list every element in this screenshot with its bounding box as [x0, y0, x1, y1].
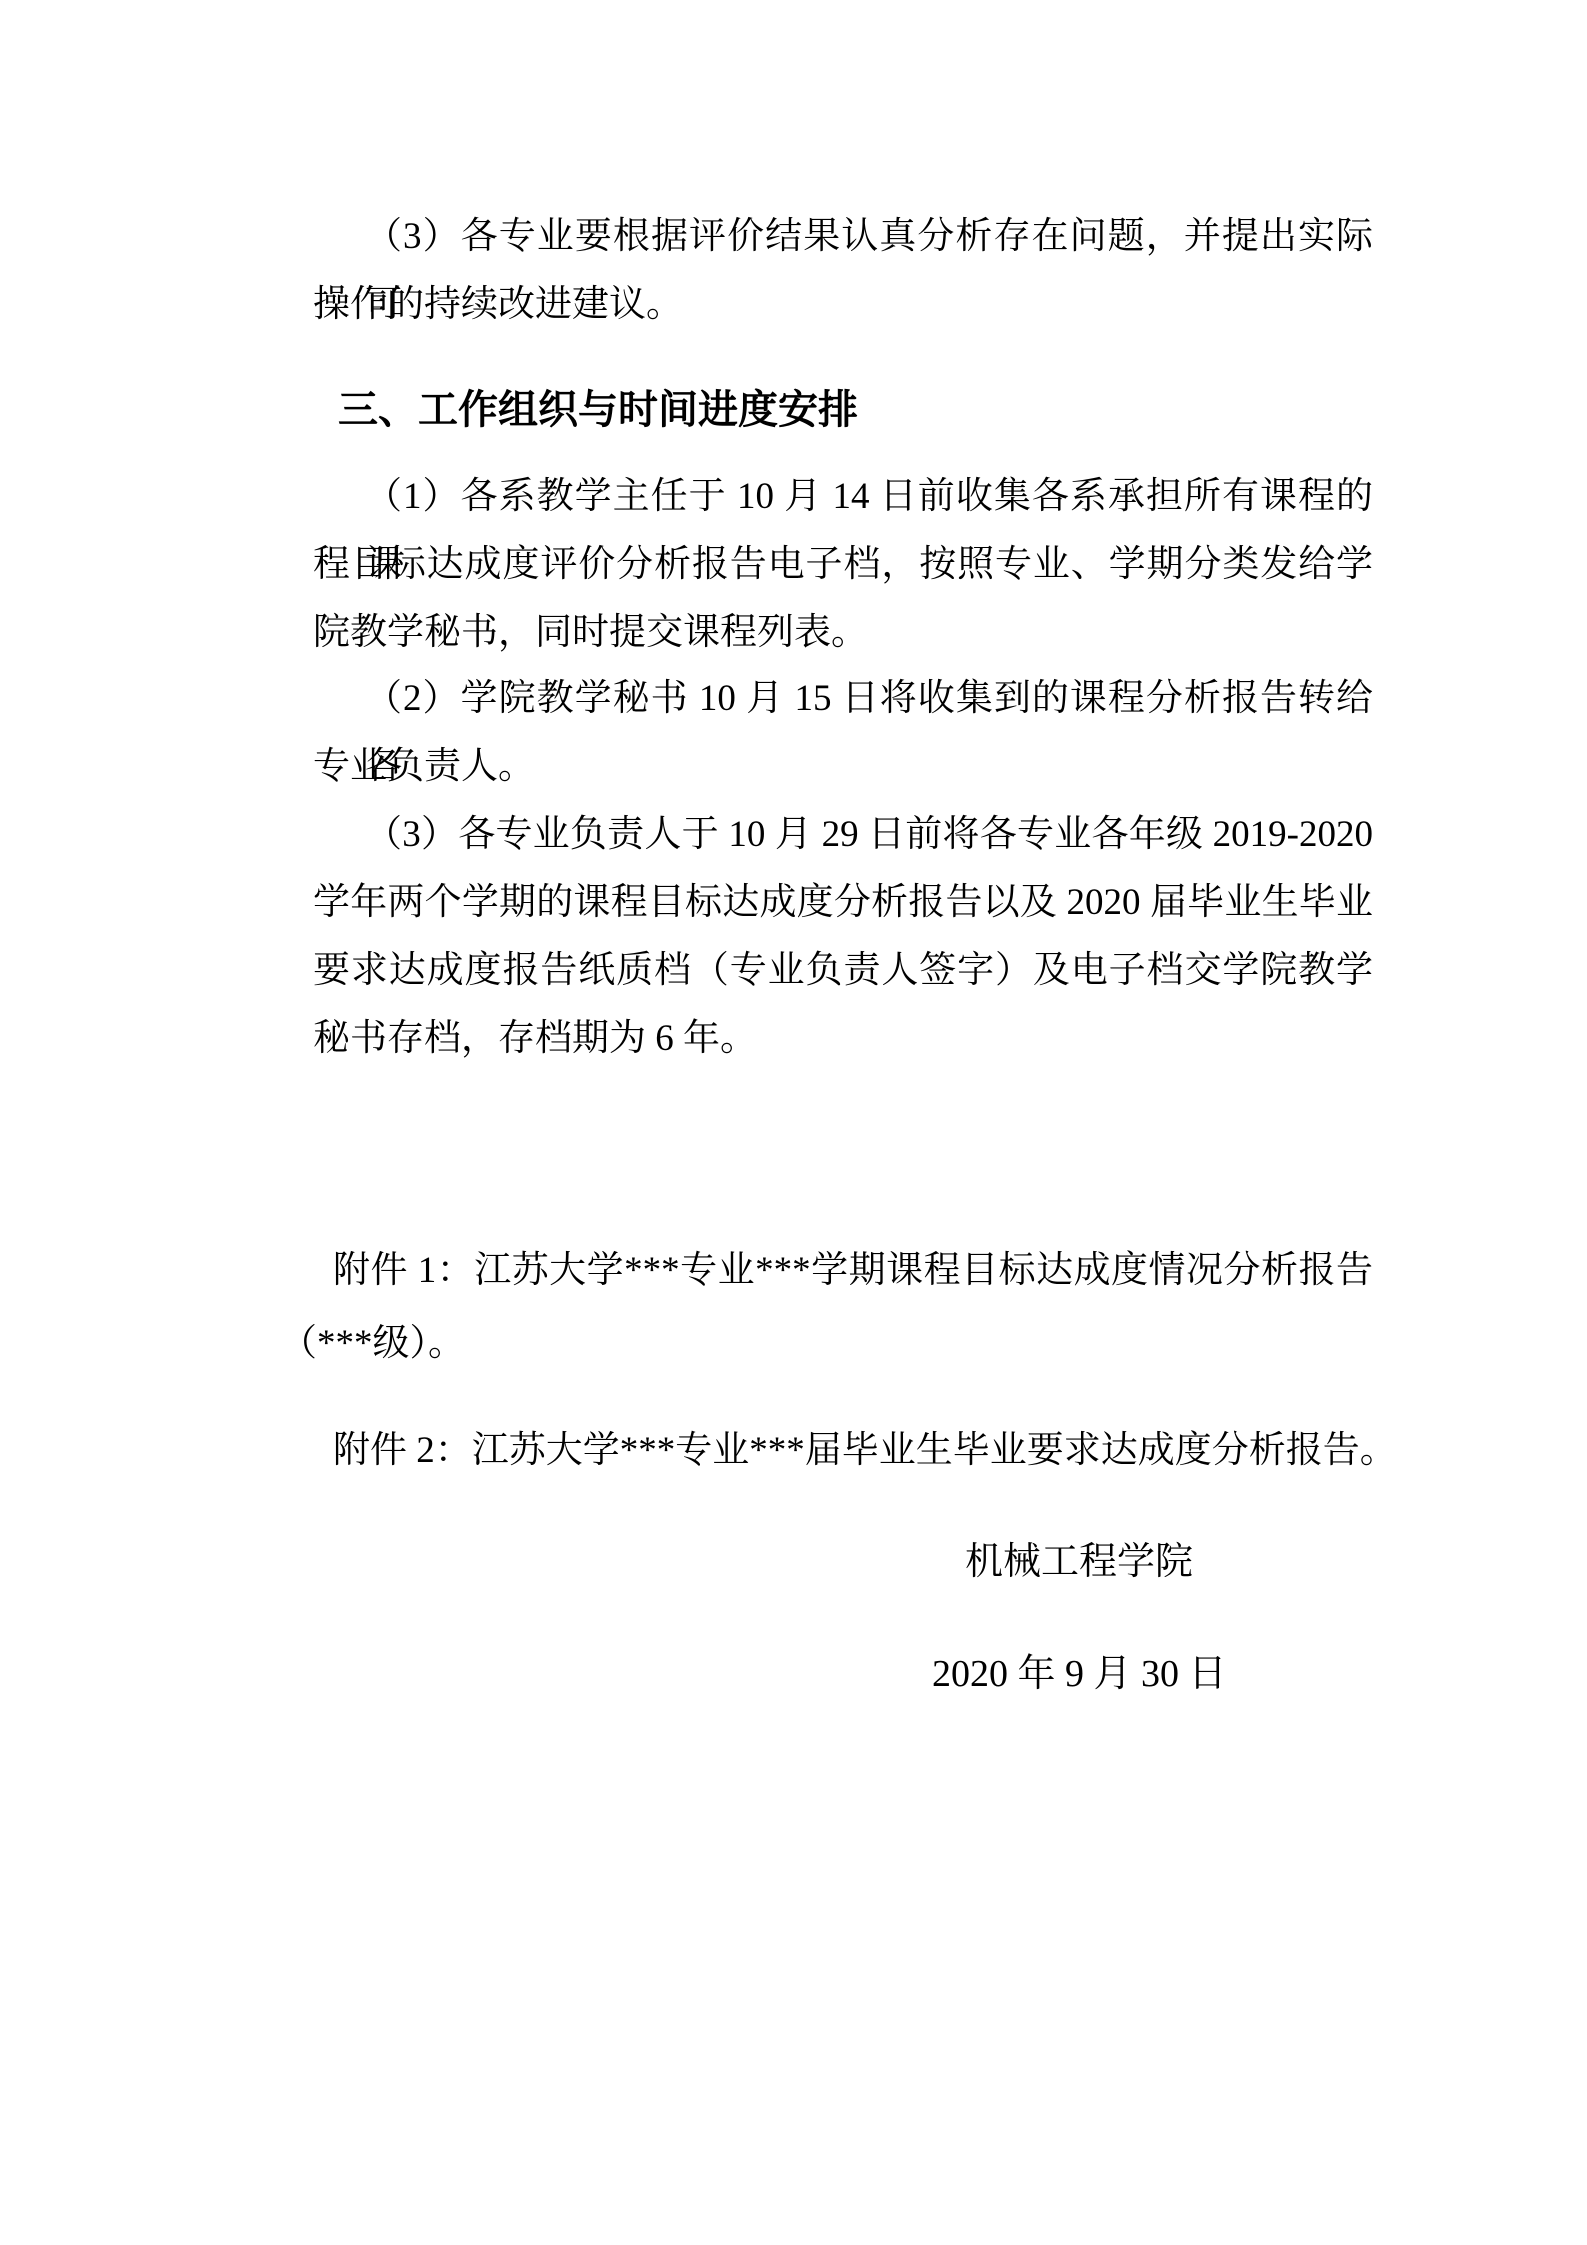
section-heading-block: 三、工作组织与时间进度安排 [313, 376, 1373, 444]
attachment-1-line-1: 附件 1：江苏大学***专业***学期课程目标达成度情况分析报告 [313, 1234, 1373, 1307]
attachment-2-paragraph: 附件 2：江苏大学***专业***届毕业生毕业要求达成度分析报告。 [313, 1417, 1513, 1485]
item-1-paragraph: （1）各系教学主任于 10 月 14 日前收集各系承担所有课程的课 程目标达成度… [313, 463, 1373, 667]
attachment-2-line: 附件 2：江苏大学***专业***届毕业生毕业要求达成度分析报告。 [313, 1417, 1513, 1485]
continued-paragraph-line-1: （3）各专业要根据评价结果认真分析存在问题，并提出实际可 [313, 203, 1373, 271]
continued-paragraph: （3）各专业要根据评价结果认真分析存在问题，并提出实际可 操作的持续改进建议。 [313, 203, 1373, 339]
item-1-line-2: 程目标达成度评价分析报告电子档，按照专业、学期分类发给学 [313, 531, 1373, 599]
item-3-paragraph: （3）各专业负责人于 10 月 29 日前将各专业各年级 2019-2020 学… [313, 801, 1373, 1073]
attachment-1-line-2: （***级）。 [280, 1307, 1373, 1380]
item-3-line-3: 要求达成度报告纸质档（专业负责人签字）及电子档交学院教学 [313, 937, 1373, 1005]
item-2-paragraph: （2）学院教学秘书 10 月 15 日将收集到的课程分析报告转给各 专业负责人。 [313, 665, 1373, 801]
signature-date: 2020 年 9 月 30 日 [932, 1640, 1227, 1708]
item-2-line-2: 专业负责人。 [313, 733, 1373, 801]
item-2-line-1: （2）学院教学秘书 10 月 15 日将收集到的课程分析报告转给各 [313, 665, 1373, 733]
item-3-line-2: 学年两个学期的课程目标达成度分析报告以及 2020 届毕业生毕业 [313, 869, 1373, 937]
item-3-line-1: （3）各专业负责人于 10 月 29 日前将各专业各年级 2019-2020 [313, 801, 1373, 869]
section-heading: 三、工作组织与时间进度安排 [313, 376, 1373, 444]
item-1-line-3: 院教学秘书，同时提交课程列表。 [313, 599, 1373, 667]
item-3-line-4: 秘书存档，存档期为 6 年。 [313, 1005, 1373, 1073]
item-1-line-1: （1）各系教学主任于 10 月 14 日前收集各系承担所有课程的课 [313, 463, 1373, 531]
signature-organization: 机械工程学院 [965, 1528, 1193, 1596]
document-page: （3）各专业要根据评价结果认真分析存在问题，并提出实际可 操作的持续改进建议。 … [0, 0, 1587, 2245]
continued-paragraph-line-2: 操作的持续改进建议。 [313, 271, 1373, 339]
attachment-1-paragraph: 附件 1：江苏大学***专业***学期课程目标达成度情况分析报告 （***级）。 [313, 1234, 1373, 1380]
